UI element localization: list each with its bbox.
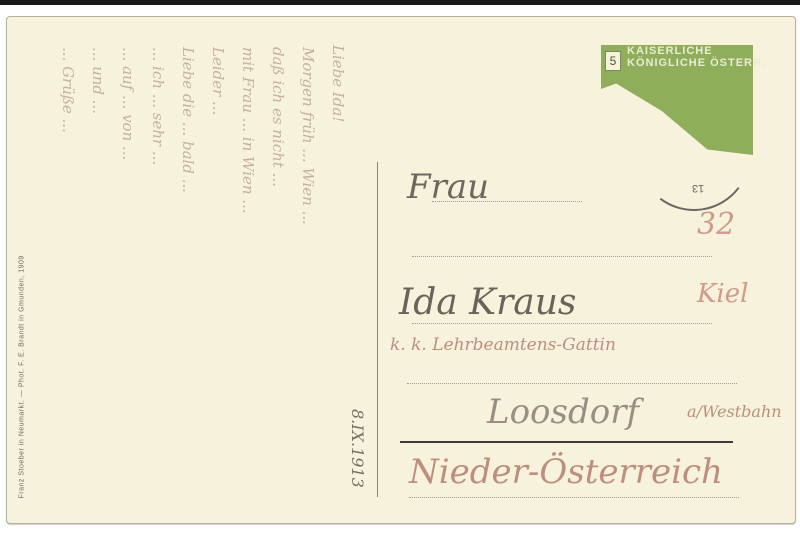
- divider-line: [377, 162, 378, 497]
- publisher-imprint: Franz Stoeber in Neumarkt. — Phot. F. E.…: [19, 79, 26, 499]
- address-line: [412, 323, 712, 324]
- address-region: Nieder-Österreich: [409, 452, 723, 492]
- message-line: ... Grüße ...: [59, 47, 77, 133]
- stamp-value: 5: [605, 51, 621, 71]
- scan-top-edge: [0, 0, 800, 5]
- address-underline: [400, 441, 733, 443]
- pencil-note-number: 32: [697, 207, 735, 242]
- message-line: Leider ...: [209, 47, 227, 115]
- message-line: ... auf ... von ...: [119, 47, 137, 160]
- message-line: Liebe Ida!: [329, 45, 347, 122]
- message-line: daß ich es nicht ...: [269, 47, 287, 187]
- address-line: [407, 383, 737, 384]
- postcard: Franz Stoeber in Neumarkt. — Phot. F. E.…: [6, 16, 796, 524]
- address-line: [432, 201, 582, 202]
- message-line: mit Frau ... in Wien ...: [239, 47, 257, 214]
- address-line: [412, 256, 712, 257]
- address-name: Ida Kraus: [399, 282, 576, 323]
- date-written: 8.IX.1913: [348, 409, 367, 488]
- message-line: Liebe die ... bald ...: [179, 47, 197, 193]
- message-line: Morgen früh ... Wien ...: [299, 47, 317, 225]
- stamp-inscription: KAISERLICHE KÖNIGLICHE ÖSTERR.: [627, 45, 795, 69]
- address-town: Loosdorf: [487, 392, 639, 432]
- address-town-suffix: a/Westbahn: [687, 402, 782, 421]
- postmark-text: 13: [692, 182, 704, 194]
- address-line: [409, 497, 739, 498]
- message-line: ... ich ... sehr ...: [149, 47, 167, 165]
- pencil-note-mark: Kiel: [697, 279, 748, 309]
- address-title: k. k. Lehrbeamtens-Gattin: [390, 335, 616, 355]
- message-line: ... und ...: [89, 47, 107, 114]
